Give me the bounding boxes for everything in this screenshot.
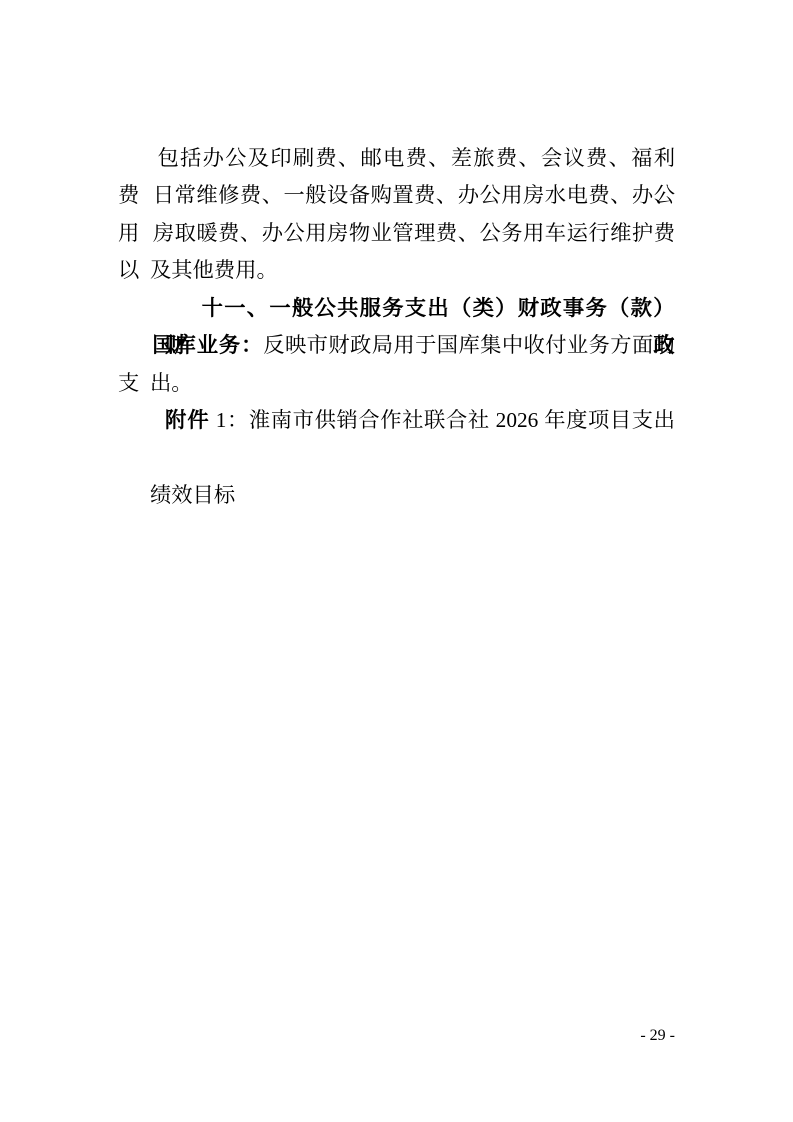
page-footer: - 29 - (118, 1026, 675, 1046)
body-text: 1：淮南市供销合作社联合社 2026 年度项目支出 (210, 408, 675, 432)
body-line-1: 包括办公及印刷费、邮电费、差旅费、会议费、福利费、 (118, 102, 675, 140)
heading-text: 国库业务： (152, 333, 263, 357)
body-text: 出。 (150, 371, 193, 395)
blank-line (118, 365, 675, 403)
page-number: - 29 - (640, 1027, 675, 1044)
document-page: 包括办公及印刷费、邮电费、差旅费、会议费、福利费、 日常维修费、一般设备购置费、… (0, 0, 793, 1122)
attachment-label: 附件 (165, 408, 210, 432)
body-text: 及其他费用。 (150, 258, 278, 282)
body-text-block: 包括办公及印刷费、邮电费、差旅费、会议费、福利费、 日常维修费、一般设备购置费、… (118, 102, 675, 477)
body-text: 绩效目标 (150, 483, 235, 507)
attachment-line-1: 附件 1：淮南市供销合作社联合社 2026 年度项目支出 (118, 402, 675, 440)
attachment-line-2: 绩效目标 (118, 440, 675, 478)
